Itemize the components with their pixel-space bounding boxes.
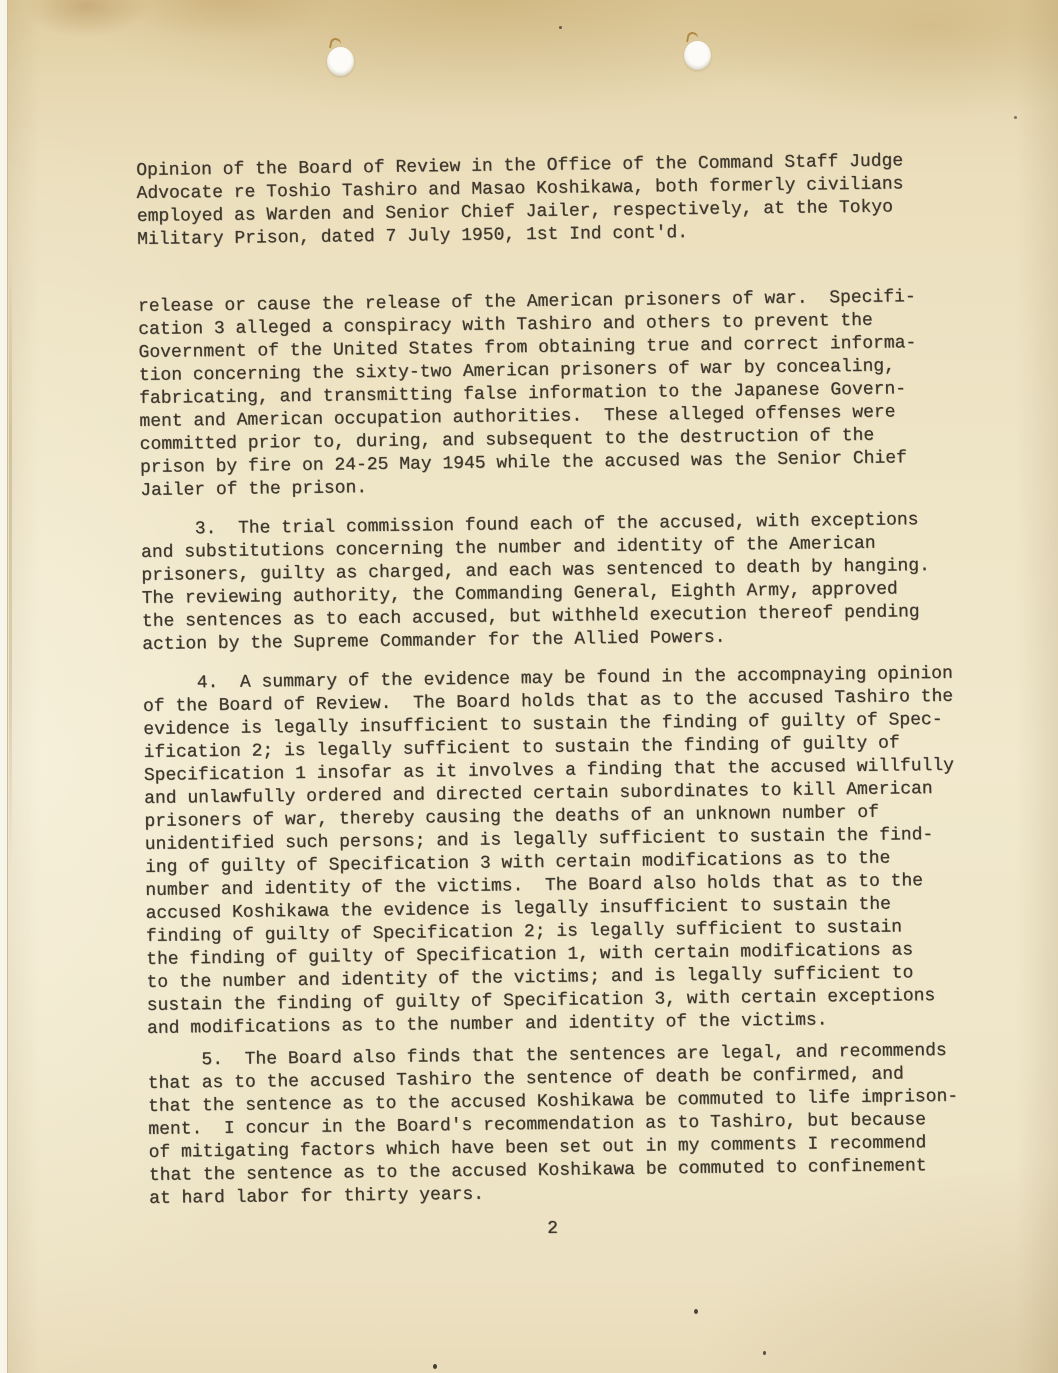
document-header: Opinion of the Board of Review in the Of… xyxy=(136,149,982,252)
page-number: 2 xyxy=(150,1213,956,1246)
ink-speck xyxy=(1014,116,1017,119)
punch-hole-right xyxy=(684,41,711,70)
document-scan: Opinion of the Board of Review in the Of… xyxy=(0,0,1058,1373)
ink-speck xyxy=(559,26,562,29)
ink-speck xyxy=(694,1309,698,1314)
paragraph-3: 3. The trial commission found each of th… xyxy=(141,508,988,657)
paragraph-4: 4. A summary of the evidence may be foun… xyxy=(143,662,993,1041)
paper-crease xyxy=(9,255,12,875)
typewritten-text: Opinion of the Board of Review in the Of… xyxy=(136,149,995,1246)
ink-speck xyxy=(433,1364,437,1369)
paragraph-5: 5. The Board also finds that the sentenc… xyxy=(147,1039,994,1211)
ink-speck xyxy=(763,1351,766,1355)
punch-hole-left xyxy=(327,47,354,76)
paragraph-continuation: release or cause the release of the Amer… xyxy=(138,285,986,503)
paper-sheet: Opinion of the Board of Review in the Of… xyxy=(7,0,1058,1373)
